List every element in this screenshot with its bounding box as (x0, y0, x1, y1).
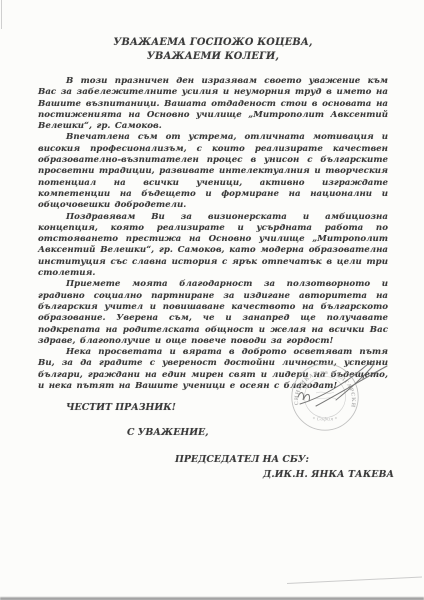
signature-title: ПРЕДСЕДАТЕЛ НА СБУ: (175, 454, 388, 465)
scanned-letter-page: УВАЖАЕМА ГОСПОЖО КОЦЕВА, УВАЖАЕМИ КОЛЕГИ… (0, 0, 424, 600)
paragraph-1: В този празничен ден изразявам своето ув… (38, 76, 388, 132)
paragraph-4: Приемете моята благодарност за ползотвор… (38, 279, 388, 347)
letter-content: УВАЖАЕМА ГОСПОЖО КОЦЕВА, УВАЖАЕМИ КОЛЕГИ… (0, 0, 424, 600)
salutation-line-1: УВАЖАЕМА ГОСПОЖО КОЦЕВА, (38, 36, 388, 50)
letter-body: В този празничен ден изразявам своето ув… (38, 76, 388, 392)
handwritten-signature (290, 350, 400, 408)
paragraph-3: Поздравявам Ви за визионерската и амбици… (38, 212, 388, 280)
signatory-name: Д.ИК.Н. ЯНКА ТАКЕВА (263, 469, 388, 480)
salutation-block: УВАЖАЕМА ГОСПОЖО КОЦЕВА, УВАЖАЕМИ КОЛЕГИ… (38, 36, 388, 63)
salutation-line-2: УВАЖАЕМИ КОЛЕГИ, (38, 50, 388, 64)
stamp-city-text: * София * (313, 416, 338, 423)
scan-artifact-line (285, 574, 424, 586)
scan-left-edge-line (1, 0, 2, 29)
paragraph-2: Впечатлена съм от устрема, отличната мот… (38, 132, 388, 211)
